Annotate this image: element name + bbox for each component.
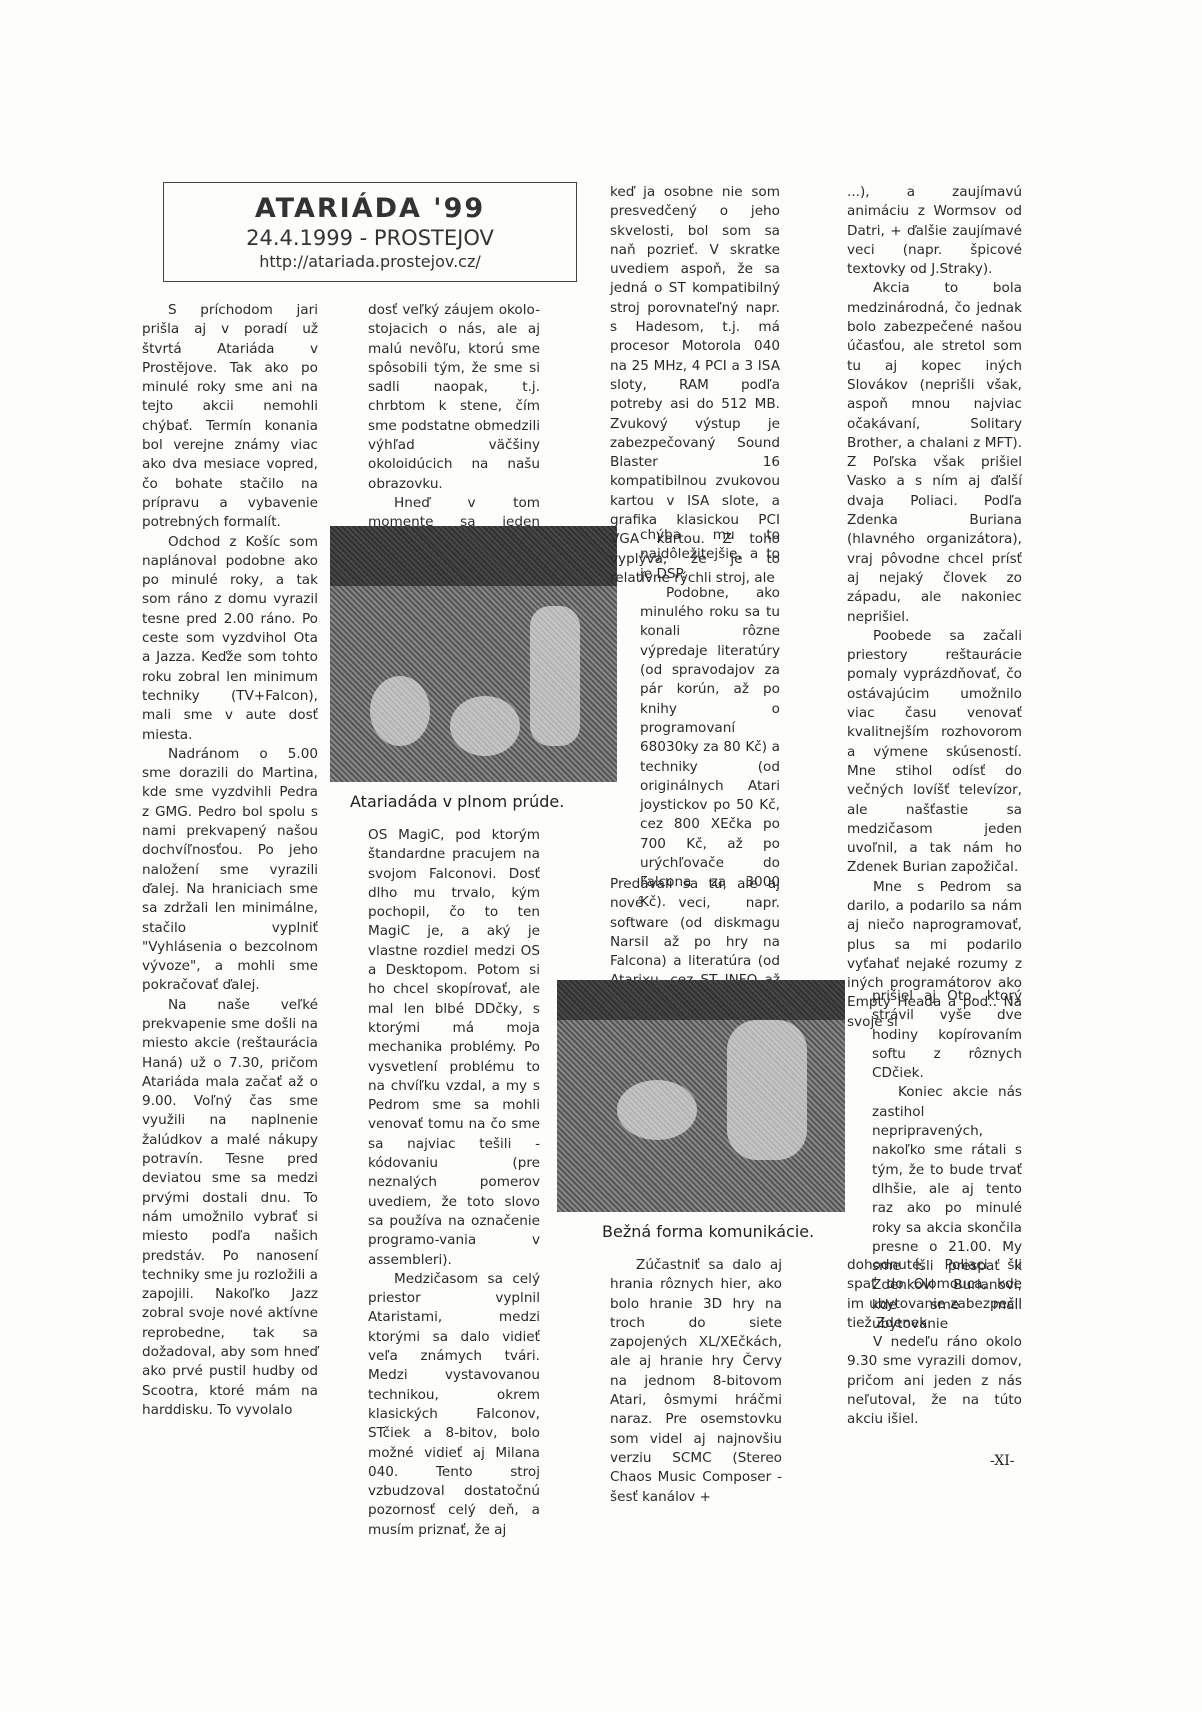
paragraph: OS MagiC, pod ktorým štandardne pracujem… <box>368 826 540 1270</box>
column-3-bottom: Zúčastniť sa dalo aj hrania rôznych hier… <box>610 1256 782 1507</box>
paragraph: Na naše veľké prekvapenie sme došli na m… <box>142 996 318 1421</box>
paragraph: chýba mu to najdôležitejšie, a to je DSP… <box>640 526 780 584</box>
paragraph: S príchodom jari prišla aj v poradí už š… <box>142 301 318 533</box>
paragraph: dohodnuté. Poliaci šli spať do Olomouca,… <box>847 1256 1022 1333</box>
paragraph: Akcia to bola medzinárodná, čo jednak bo… <box>847 279 1022 626</box>
paragraph: ...), a zaujímavú animáciu z Wormsov od … <box>847 183 1022 279</box>
article-title: ATARIÁDA '99 <box>164 193 576 224</box>
paragraph: Podobne, ako minulého roku sa tu konali … <box>640 584 780 912</box>
paragraph: prišiel aj Oto, ktorý strávil vyše dve h… <box>872 987 1022 1083</box>
paragraph: Nadránom o 5.00 sme dorazili do Martina,… <box>142 745 318 996</box>
paragraph: Zúčastniť sa dalo aj hrania rôznych hier… <box>610 1256 782 1507</box>
paragraph: dosť veľký záujem okolo-stojacich o nás,… <box>368 301 540 494</box>
paragraph: Medzičasom sa celý priestor vyplnil Atar… <box>368 1270 540 1540</box>
column-2-bottom: OS MagiC, pod ktorým štandardne pracujem… <box>368 826 540 1540</box>
author-signature: -XI- <box>990 1453 1014 1469</box>
photo-event-crowd <box>330 526 617 782</box>
photo-communication <box>557 980 845 1212</box>
event-date-place: 24.4.1999 - PROSTEJOV <box>164 226 576 250</box>
paragraph: V nedeľu ráno okolo 9.30 sme vyrazili do… <box>847 1333 1022 1429</box>
photo1-caption: Atariadáda v plnom prúde. <box>350 792 564 811</box>
paragraph: Odchod z Košíc som naplánoval podobne ak… <box>142 533 318 745</box>
column-1: S príchodom jari prišla aj v poradí už š… <box>142 301 318 1420</box>
column-4-bottom: dohodnuté. Poliaci šli spať do Olomouca,… <box>847 1256 1022 1430</box>
photo2-caption: Bežná forma komunikácie. <box>602 1222 814 1241</box>
magazine-page: ATARIÁDA '99 24.4.1999 - PROSTEJOV http:… <box>0 0 1202 1712</box>
paragraph: Poobede sa začali priestory reštaurácie … <box>847 627 1022 878</box>
article-header-box: ATARIÁDA '99 24.4.1999 - PROSTEJOV http:… <box>163 182 577 282</box>
event-url: http://atariada.prostejov.cz/ <box>164 252 576 271</box>
column-3-mid: chýba mu to najdôležitejšie, a to je DSP… <box>640 526 780 912</box>
column-4-top: ...), a zaujímavú animáciu z Wormsov od … <box>847 183 1022 1032</box>
